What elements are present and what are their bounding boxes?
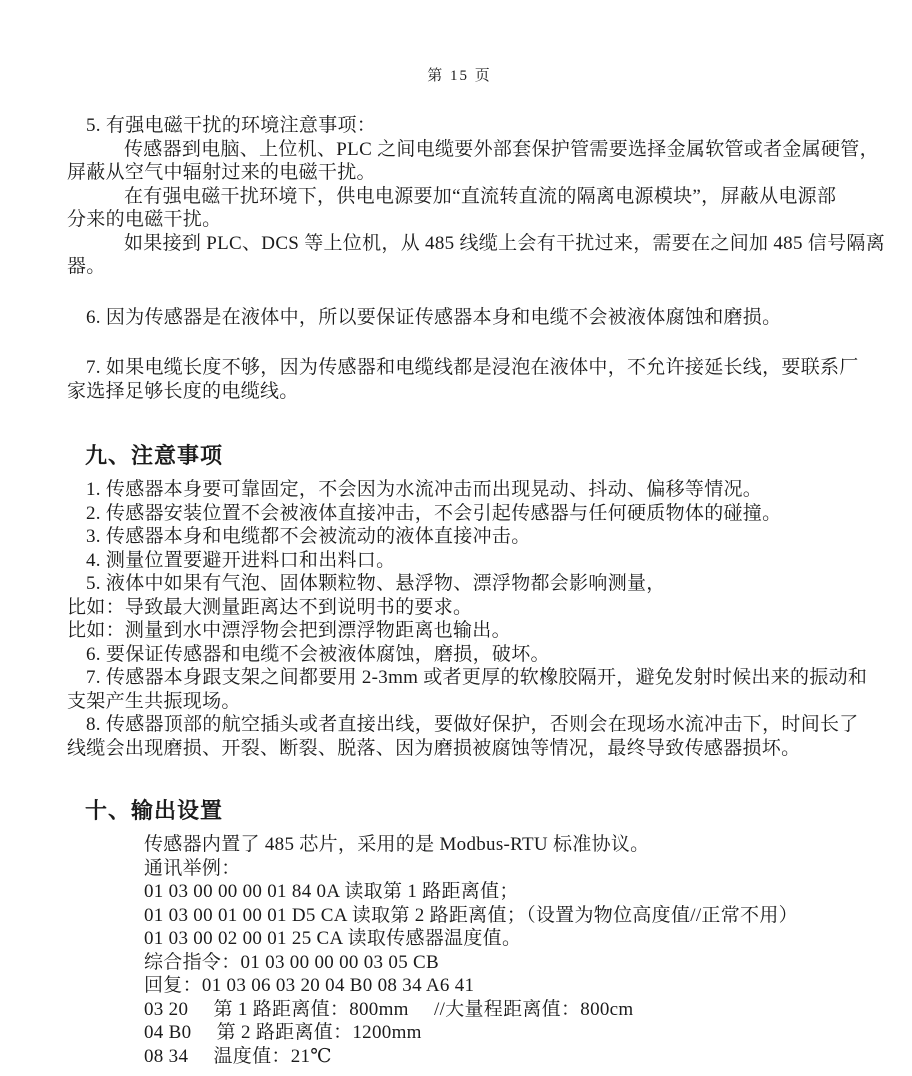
precaution-example: 比如：测量到水中漂浮物会把到漂浮物距离也输出。 [67, 619, 852, 643]
modbus-value-line-1: 03 20 第 1 路距离值：800mm //大量程距离值：800cm [144, 998, 852, 1022]
modbus-command-line-3: 01 03 00 02 00 01 25 CA 读取传感器温度值。 [144, 927, 852, 951]
document-page: 第 15 页 5. 有强电磁干扰的环境注意事项： 传感器到电脑、上位机、PLC … [0, 0, 912, 1076]
modbus-command-line-2: 01 03 00 01 00 01 D5 CA 读取第 2 路距离值；（设置为物… [144, 904, 852, 928]
section-heading-precautions: 九、注意事项 [85, 442, 852, 470]
em-notice-line: 如果接到 PLC、DCS 等上位机，从 485 线缆上会有干扰过来，需要在之间加… [124, 232, 852, 256]
precaution-item-7: 7. 传感器本身跟支架之间都要用 2-3mm 或者更厚的软橡胶隔开，避免发射时候… [86, 666, 852, 690]
precaution-example: 比如：导致最大测量距离达不到说明书的要求。 [67, 596, 852, 620]
precaution-item-4: 4. 测量位置要避开进料口和出料口。 [86, 549, 852, 573]
em-notice-line: 屏蔽从空气中辐射过来的电磁干扰。 [67, 161, 852, 185]
precaution-item-1: 1. 传感器本身要可靠固定，不会因为水流冲击而出现晃动、抖动、偏移等情况。 [86, 478, 852, 502]
precaution-item-6: 6. 要保证传感器和电缆不会被液体腐蚀，磨损，破坏。 [86, 643, 852, 667]
notice-item-7-line: 家选择足够长度的电缆线。 [67, 380, 852, 404]
modbus-reply-line: 回复：01 03 06 03 20 04 B0 08 34 A6 41 [144, 974, 852, 998]
em-notice-line: 在有强电磁干扰环境下，供电电源要加“直流转直流的隔离电源模块”，屏蔽从电源部 [124, 185, 852, 209]
notice-item-6: 6. 因为传感器是在液体中，所以要保证传感器本身和电缆不会被液体腐蚀和磨损。 [86, 306, 852, 330]
precaution-item-2: 2. 传感器安装位置不会被液体直接冲击，不会引起传感器与任何硬质物体的碰撞。 [86, 502, 852, 526]
page-number: 第 15 页 [67, 66, 852, 86]
em-notice-line: 传感器到电脑、上位机、PLC 之间电缆要外部套保护管需要选择金属软管或者金属硬管… [124, 138, 852, 162]
section-heading-output-settings: 十、输出设置 [85, 797, 852, 825]
output-example-label: 通讯举例： [144, 857, 852, 881]
em-notice-line: 分来的电磁干扰。 [67, 208, 852, 232]
modbus-combined-command: 综合指令：01 03 00 00 00 03 05 CB [144, 951, 852, 975]
notice-item-7-line: 7. 如果电缆长度不够，因为传感器和电缆线都是浸泡在液体中，不允许接延长线，要联… [86, 356, 852, 380]
em-notice-line: 器。 [67, 255, 852, 279]
precaution-item-8: 8. 传感器顶部的航空插头或者直接出线，要做好保护，否则会在现场水流冲击下，时间… [86, 713, 852, 737]
modbus-value-line-3: 08 34 温度值：21℃ [144, 1045, 852, 1069]
modbus-value-line-2: 04 B0 第 2 路距离值：1200mm [144, 1021, 852, 1045]
output-intro-line: 传感器内置了 485 芯片，采用的是 Modbus-RTU 标准协议。 [144, 833, 852, 857]
em-notice-title: 5. 有强电磁干扰的环境注意事项： [86, 114, 852, 138]
modbus-command-line-1: 01 03 00 00 00 01 84 0A 读取第 1 路距离值； [144, 880, 852, 904]
precaution-item-5: 5. 液体中如果有气泡、固体颗粒物、悬浮物、漂浮物都会影响测量， [86, 572, 852, 596]
precaution-item-3: 3. 传感器本身和电缆都不会被流动的液体直接冲击。 [86, 525, 852, 549]
precaution-item-7-cont: 支架产生共振现场。 [67, 690, 852, 714]
precaution-item-8-cont: 线缆会出现磨损、开裂、断裂、脱落、因为磨损被腐蚀等情况，最终导致传感器损坏。 [67, 737, 852, 761]
